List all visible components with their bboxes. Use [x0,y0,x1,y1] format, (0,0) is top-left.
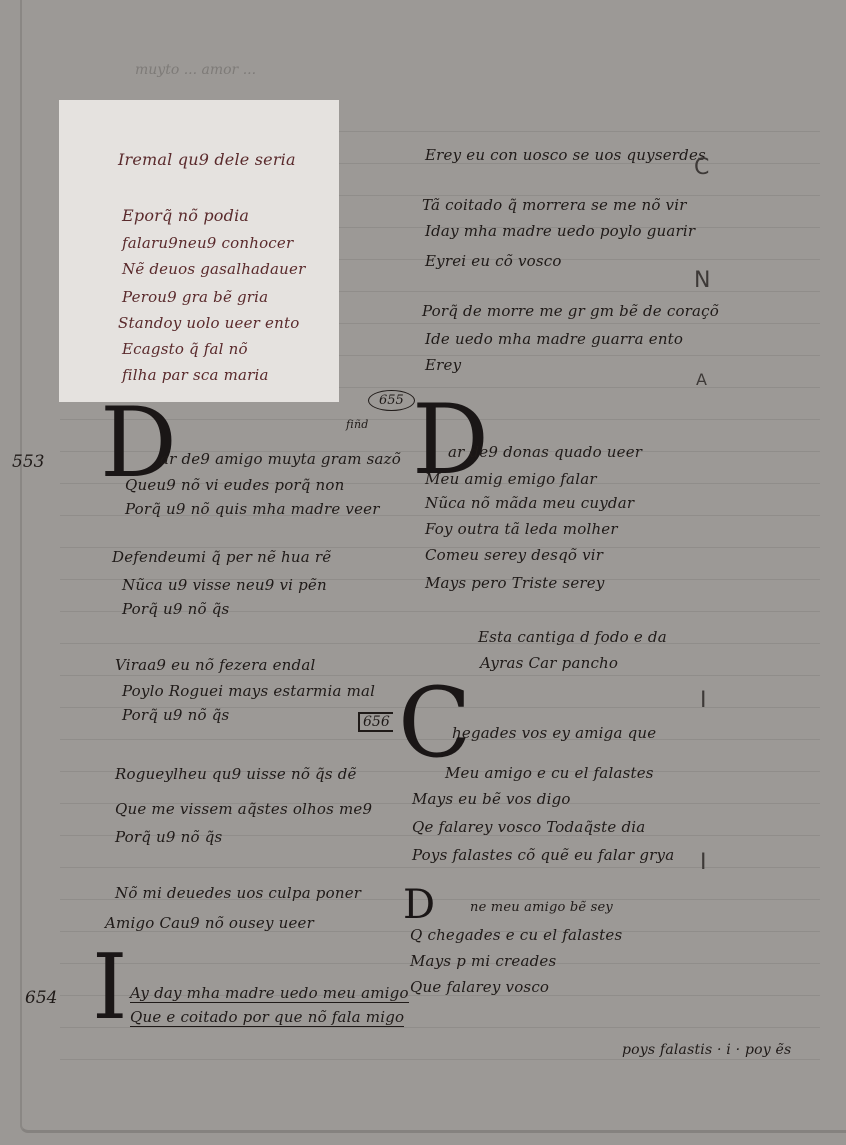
margin-mark: N [694,268,710,293]
catchword: poys falastis · i · poy ẽs [622,1042,791,1058]
highlight-line: Eporq̃ nõ podia [122,206,249,225]
poem-line: Nũca u9 visse neu9 vi pẽn [122,576,327,594]
poem-line: Nõ mi deuedes uos culpa poner [115,884,361,902]
poem-line: Que e coitado por que nõ fala migo [130,1008,404,1027]
poem-line: Nũca nõ mãda meu cuydar [425,494,634,512]
highlight-line: Nẽ deuos gasalhadauer [122,260,305,278]
highlight-line: Perou9 gra bẽ gria [122,288,268,306]
poem-line: Mays eu bẽ vos digo [412,790,571,808]
poem-line: Erey [425,356,461,374]
poem-line: Porq̃ u9 nõ q̃s [115,828,222,846]
margin-mark: I [700,850,707,875]
poem-line: Defendeumi q̃ per nẽ hua rẽ [112,548,331,566]
highlight-line: falaru9neu9 conhocer [122,234,293,252]
margin-mark: C [694,155,709,180]
poem-line: Rogueylheu qu9 uisse nõ q̃s dẽ [115,765,357,783]
highlight-line: Iremal qu9 dele seria [118,150,296,169]
poem-line: Mays pero Triste serey [425,574,605,592]
poem-line: Q chegades e cu el falastes [410,926,622,944]
highlight-line: Ecagsto q̃ fal nõ [122,340,248,358]
poem-line: Meu amig emigo falar [425,470,597,488]
faint-top-text: muyto ... amor ... [135,62,256,78]
poem-line: Tã coitado q̃ morrera se me nõ vir [422,196,687,214]
margin-mark: I [700,688,707,713]
poem-line: Ay day mha madre uedo meu amigo [130,984,409,1003]
poem-line: Viraa9 eu nõ fezera endal [115,656,315,674]
poem-line: Que me vissem aq̃stes olhos me9 [115,800,372,818]
poem-line: hegades vos ey amiga que [452,724,656,742]
poem-line: Porq̃ u9 nõ quis mha madre veer [125,500,380,518]
poem-line: Meu amigo e cu el falastes [445,764,654,782]
poem-line: Ide uedo mha madre guarra ento [425,330,683,348]
poem-line: Porq̃ u9 nõ q̃s [122,706,229,724]
poem-number-655: 655 [368,390,415,411]
attribution-line: Esta cantiga d fodo e da [478,628,667,646]
poem-line: ar de9 donas quado ueer [448,443,642,461]
initial-letter: I [92,940,128,1036]
poem-line: Mays p mi creades [410,952,556,970]
highlight-line: filha par sca maria [122,366,269,384]
highlight-line: Standoy uolo ueer ento [118,314,299,332]
poem-line: Porq̃ u9 nõ q̃s [122,600,229,618]
margin-mark: A [696,370,707,389]
poem-line: Poylo Roguei mays estarmia mal [122,682,375,700]
poem-line: ne meu amigo bẽ sey [470,900,613,915]
margin-note: fiñd [346,418,369,431]
poem-line: Qe falarey vosco Todaq̃ste dia [412,818,645,836]
initial-letter: C [398,675,471,771]
poem-line: Poys falastes cõ quẽ eu falar grya [412,846,674,864]
attribution-line: Ayras Car pancho [480,654,618,672]
poem-number-553: 553 [12,452,44,472]
initial-letter: D [403,885,435,925]
poem-line: Que falarey vosco [410,978,549,996]
poem-line: ar de9 amigo muyta gram sazõ [160,450,401,468]
poem-line: Amigo Cau9 nõ ousey ueer [105,914,314,932]
poem-number-656: 656 [358,712,393,732]
poem-number-654: 654 [25,988,57,1008]
poem-line: Iday mha madre uedo poylo guarir [425,222,695,240]
poem-line: Queu9 nõ vi eudes porq̃ non [125,476,345,494]
poem-line: Porq̃ de morre me gr gm bẽ de coraçõ [422,302,719,320]
poem-line: Foy outra tã leda molher [425,520,618,538]
poem-line: Erey eu con uosco se uos quyserdes [425,146,706,164]
poem-line: Eyrei eu cõ vosco [425,252,562,270]
poem-line: Comeu serey desqõ vir [425,546,603,564]
